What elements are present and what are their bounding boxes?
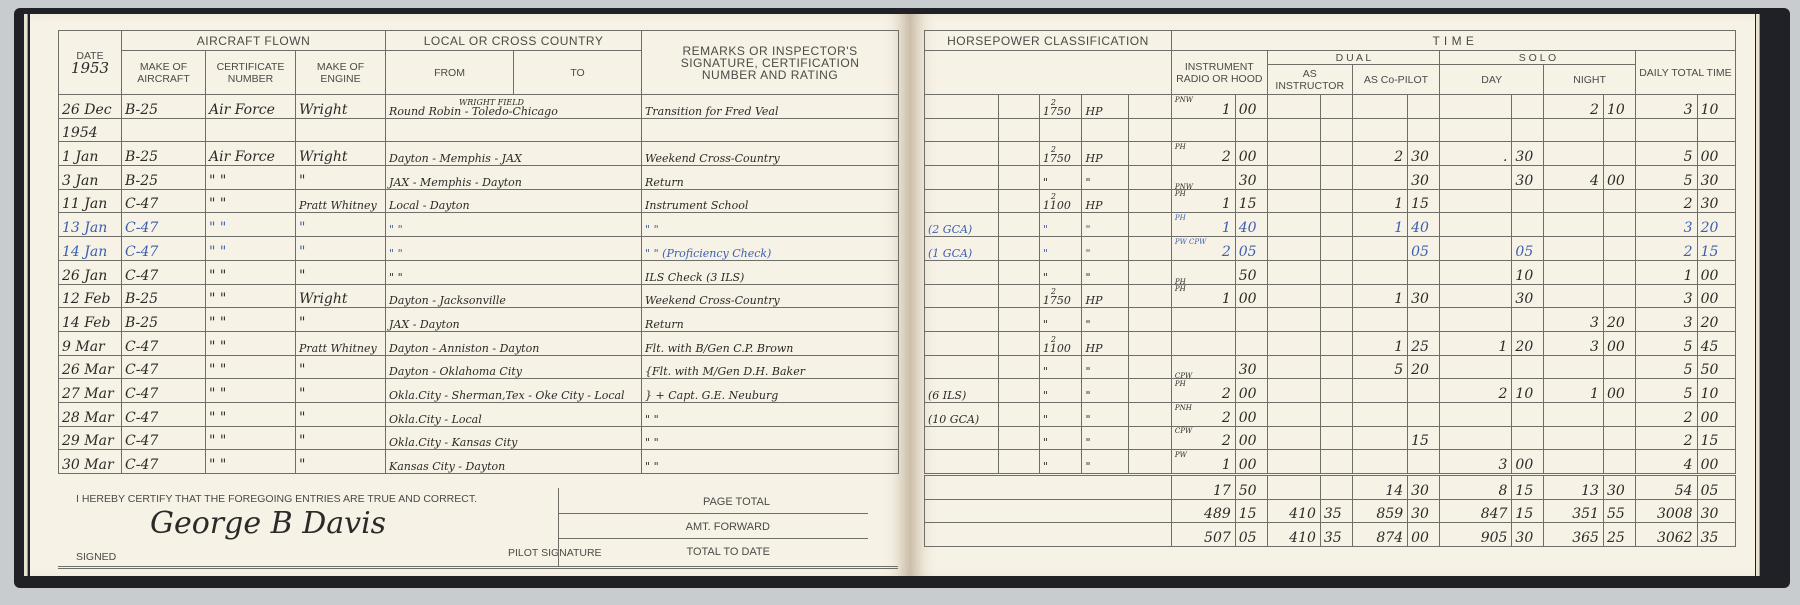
instrument-minutes-cell: 40 [1235,213,1267,237]
solo-day-hours-cell [1440,308,1512,332]
hp-unit-cell: " [1082,213,1129,237]
daily-total-hours-cell: 3 [1635,308,1697,332]
hp-blank-cell [999,284,1039,308]
divider [558,488,559,566]
certification-statement: I HEREBY CERTIFY THAT THE FOREGOING ENTR… [76,493,477,505]
solo-day-hours-cell: 3 [1440,450,1512,475]
route-cell: " " [386,260,642,284]
remarks-cell: " " [642,213,899,237]
date-cell: 3 Jan [59,166,122,190]
certificate-number-header: CERTIFICATE NUMBER [206,51,296,95]
hp-value: " [1043,176,1048,189]
instrument-hours: 1 [1222,291,1231,307]
table-row: 26 MarC-47" ""Dayton - Oklahoma City{Flt… [59,355,899,379]
table-row: 29 MarC-47" ""Okla.City - Kansas City" " [59,426,899,450]
aircraft-cell: C-47 [122,402,206,426]
solo-day-minutes-cell [1512,95,1544,119]
table-row: ""PNW303030400530 [925,166,1736,190]
route-cell: Local - Dayton [386,189,642,213]
copilot-minutes-cell: 40 [1408,213,1440,237]
divider [58,566,898,569]
copilot-minutes-cell: 25 [1408,331,1440,355]
instrument-header: INSTRUMENT RADIO OR HOOD [1171,51,1267,95]
hp-value: " [1043,413,1048,426]
time-header: T I M E [1171,31,1735,51]
daily-total-hours-cell: 3062 [1635,523,1697,547]
solo-night-hours-cell: 3 [1544,308,1604,332]
table-row: 1954 [59,118,899,142]
daily-total-minutes-cell: 30 [1697,166,1735,190]
certificate-cell: Air Force [206,95,296,119]
daily-total-minutes-cell: 15 [1697,237,1735,261]
date-cell: 1954 [59,118,122,142]
copilot-hours-cell [1352,237,1407,261]
instructor-minutes-cell [1320,166,1352,190]
hp-blank-cell [999,118,1039,142]
solo-night-minutes-cell [1603,284,1635,308]
to-header: TO [514,51,642,95]
solo-day-hours-cell: . [1440,142,1512,166]
route-text: " " [389,223,403,236]
table-row: 12 FebB-25" "WrightDayton - Jacksonville… [59,284,899,308]
engine-cell: " [296,166,386,190]
aircraft-cell: C-47 [122,213,206,237]
solo-day-hours-cell [1440,237,1512,261]
daily-total-hours-cell: 2 [1635,237,1697,261]
instrument-hours: 1 [1222,196,1231,212]
page-edge [1756,14,1760,576]
remarks-cell: Weekend Cross-Country [642,284,899,308]
hp-blank-cell [1129,284,1172,308]
solo-night-hours-cell: 365 [1544,523,1604,547]
table-row: 9 MarC-47" "Pratt WhitneyDayton - Annist… [59,331,899,355]
solo-night-hours-cell: 4 [1544,166,1604,190]
copilot-minutes-cell: 15 [1408,426,1440,450]
instructor-minutes-cell [1320,402,1352,426]
instructor-minutes-cell [1320,118,1352,142]
solo-night-minutes-cell: 00 [1603,331,1635,355]
certificate-cell: " " [206,284,296,308]
solo-night-hours-cell [1544,284,1604,308]
from-header: FROM [386,51,514,95]
instrument-minutes-cell: 15 [1235,189,1267,213]
copilot-minutes-cell: 30 [1408,284,1440,308]
date-cell: 26 Jan [59,260,122,284]
solo-day-minutes-cell [1512,213,1544,237]
solo-night-minutes-cell [1603,118,1635,142]
route-cell: " " [386,213,642,237]
year-1953: 1953 [71,59,109,77]
copilot-hours-cell [1352,450,1407,475]
remarks-cell [642,118,899,142]
solo-night-minutes-cell: 25 [1603,523,1635,547]
route-text: Dayton - Jacksonville [389,294,506,307]
solo-day-minutes-cell: 05 [1512,237,1544,261]
solo-day-minutes-cell [1512,189,1544,213]
aircraft-cell: C-47 [122,426,206,450]
solo-day-minutes-cell: 30 [1512,284,1544,308]
date-cell: 28 Mar [59,402,122,426]
instrument-minutes-cell: 50 [1235,260,1267,284]
route-text: Round Robin - Toledo-Chicago [389,105,558,118]
hp-unit-cell: HP [1082,331,1129,355]
engine-cell: " [296,379,386,403]
copilot-hours-cell [1352,379,1407,403]
copilot-minutes-cell [1408,95,1440,119]
engine-cell: " [296,450,386,474]
table-row: (2 GCA)""PH140140320 [925,213,1736,237]
instructor-hours-cell [1267,260,1320,284]
certificate-cell: " " [206,308,296,332]
instructor-hours-cell [1267,379,1320,403]
certificate-cell: " " [206,379,296,403]
daily-total-minutes-cell: 20 [1697,308,1735,332]
date-cell: 13 Jan [59,213,122,237]
instrument-hours: 2 [1222,410,1231,426]
instrument-hours: 507 [1204,530,1231,546]
copilot-hours-cell: 1 [1352,189,1407,213]
table-row: 1 JanB-25Air ForceWrightDayton - Memphis… [59,142,899,166]
solo-night-minutes-cell: 55 [1603,499,1635,523]
instrument-hours-cell: PW1 [1171,450,1235,475]
copilot-minutes-cell: 30 [1408,475,1440,500]
hp-blank-cell [999,142,1039,166]
hp-unit-cell [1082,118,1129,142]
copilot-minutes-cell [1408,118,1440,142]
solo-day-header: DAY [1440,65,1544,95]
instructor-minutes-cell: 35 [1320,499,1352,523]
copilot-minutes-cell: 30 [1408,499,1440,523]
instrument-minutes-cell [1235,308,1267,332]
route-text: JAX - Memphis - Dayton [389,176,522,189]
instrument-minutes-cell: 15 [1235,499,1267,523]
remarks-cell: " " [642,450,899,474]
remarks-cell: Instrument School [642,189,899,213]
table-row: 21100HPPH115115230 [925,189,1736,213]
solo-night-hours-cell [1544,402,1604,426]
hp-value-cell: 21750 [1039,95,1082,119]
certificate-cell [206,118,296,142]
instructor-minutes-cell [1320,213,1352,237]
hp-value: 1750 [1043,152,1071,165]
daily-total-minutes-cell: 05 [1697,475,1735,500]
instructor-hours-cell [1267,213,1320,237]
right-page: HORSEPOWER CLASSIFICATION T I M E INSTRU… [910,14,1755,576]
instrument-hours-cell: CPW [1171,355,1235,379]
instructor-hours-cell [1267,308,1320,332]
horsepower-subheader [925,51,1172,95]
hp-blank-cell [1129,355,1172,379]
hp-blank-cell [1129,142,1172,166]
certificate-cell: " " [206,450,296,474]
solo-day-hours-cell: 905 [1440,523,1512,547]
daily-total-minutes-cell: 10 [1697,95,1735,119]
left-page: DATE 1953 AIRCRAFT FLOWN LOCAL OR CROSS … [30,14,910,576]
instructor-hours-cell [1267,284,1320,308]
blank-cell [925,499,1172,523]
hp-value: " [1043,460,1048,473]
table-row: 21750HPPH10013030300 [925,284,1736,308]
hp-value: 1750 [1043,105,1071,118]
daily-total-hours-cell: 3 [1635,95,1697,119]
hp-note-cell [925,95,999,119]
daily-total-hours-cell [1635,118,1697,142]
daily-total-minutes-cell: 15 [1697,426,1735,450]
instructor-minutes-cell [1320,260,1352,284]
dual-header: D U A L [1267,51,1439,65]
flight-log-right-table: HORSEPOWER CLASSIFICATION T I M E INSTRU… [924,30,1736,547]
engine-cell: " [296,213,386,237]
daily-total-hours-cell: 5 [1635,142,1697,166]
solo-night-minutes-cell [1603,142,1635,166]
route-cell: Okla.City - Sherman,Tex - Oke City - Loc… [386,379,642,403]
engine-cell: Wright [296,142,386,166]
engine-cell: " [296,355,386,379]
table-row: ""CPW30520550 [925,355,1736,379]
route-cell: JAX - Memphis - Dayton [386,166,642,190]
solo-night-hours-cell: 2 [1544,95,1604,119]
date-cell: 26 Dec [59,95,122,119]
copilot-hours-cell: 859 [1352,499,1407,523]
solo-night-minutes-cell [1603,426,1635,450]
route-cell: " " [386,237,642,261]
route-cell: Kansas City - Dayton [386,450,642,474]
aircraft-cell: B-25 [122,166,206,190]
hp-blank-cell [999,426,1039,450]
instructor-minutes-cell [1320,475,1352,500]
hp-unit-cell: " [1082,402,1129,426]
instrument-hours-cell [1171,308,1235,332]
solo-day-hours-cell: 2 [1440,379,1512,403]
instrument-hours: 2 [1222,244,1231,260]
copilot-minutes-cell [1408,308,1440,332]
engine-cell [296,118,386,142]
instrument-minutes-cell: 00 [1235,402,1267,426]
engine-cell: " [296,260,386,284]
solo-night-header: NIGHT [1544,65,1636,95]
hp-unit-cell: " [1082,379,1129,403]
remarks-cell: Return [642,166,899,190]
aircraft-flown-header: AIRCRAFT FLOWN [122,31,386,51]
hp-blank-cell [1129,331,1172,355]
hp-value-cell: 21100 [1039,331,1082,355]
hp-blank-cell [999,95,1039,119]
instructor-minutes-cell [1320,308,1352,332]
hp-value: " [1043,318,1048,331]
hp-value: " [1043,365,1048,378]
hp-note-cell [925,118,999,142]
instructor-minutes-cell [1320,284,1352,308]
solo-day-minutes-cell [1512,426,1544,450]
daily-total-minutes-cell: 50 [1697,355,1735,379]
instrument-hours: 17 [1213,483,1231,499]
solo-night-hours-cell [1544,426,1604,450]
instrument-hours-cell: PH1 [1171,284,1235,308]
divider [558,513,868,514]
copilot-minutes-cell [1408,402,1440,426]
hp-unit-cell: HP [1082,284,1129,308]
route-text: " " [389,271,403,284]
solo-day-hours-cell [1440,260,1512,284]
blank-cell [925,523,1172,547]
engine-cell: " [296,426,386,450]
solo-night-minutes-cell: 00 [1603,379,1635,403]
route-cell: Dayton - Memphis - JAX [386,142,642,166]
aircraft-cell [122,118,206,142]
hp-value: " [1043,436,1048,449]
daily-total-hours-cell: 5 [1635,166,1697,190]
table-row: ""PW100300400 [925,450,1736,475]
instrument-minutes-cell [1235,118,1267,142]
solo-day-hours-cell [1440,355,1512,379]
route-text: Okla.City - Kansas City [389,436,517,449]
copilot-hours-cell: 5 [1352,355,1407,379]
solo-day-hours-cell [1440,189,1512,213]
engine-cell: " [296,308,386,332]
solo-day-minutes-cell: 20 [1512,331,1544,355]
hp-note-cell [925,189,999,213]
table-row: 26 DecB-25Air ForceWrightWRIGHT FIELDRou… [59,95,899,119]
date-cell: 26 Mar [59,355,122,379]
certificate-cell: " " [206,331,296,355]
instrument-hours: 489 [1204,506,1231,522]
instructor-hours-cell [1267,402,1320,426]
hp-note-cell: (1 GCA) [925,237,999,261]
table-row: ""PH5010100 [925,260,1736,284]
instrument-minutes-cell: 05 [1235,237,1267,261]
aircraft-cell: C-47 [122,237,206,261]
instructor-minutes-cell [1320,95,1352,119]
table-row: 21750HPPH200230.30500 [925,142,1736,166]
hp-unit-cell: " [1082,166,1129,190]
copilot-hours-cell: 874 [1352,523,1407,547]
hp-blank-cell [1129,426,1172,450]
aircraft-cell: B-25 [122,308,206,332]
daily-total-minutes-cell: 00 [1697,142,1735,166]
hp-value-cell: " [1039,426,1082,450]
instrument-hours-cell: PNW1 [1171,95,1235,119]
remarks-cell: Return [642,308,899,332]
solo-day-minutes-cell [1512,308,1544,332]
solo-day-hours-cell [1440,213,1512,237]
hp-note-cell [925,260,999,284]
solo-night-minutes-cell [1603,260,1635,284]
hp-value: 1100 [1043,342,1071,355]
remarks-header: REMARKS OR INSPECTOR'S SIGNATURE, CERTIF… [642,31,899,95]
solo-day-hours-cell [1440,426,1512,450]
instructor-hours-cell [1267,166,1320,190]
pilot-signature: George B Davis [150,506,386,541]
aircraft-cell: B-25 [122,95,206,119]
solo-night-hours-cell [1544,260,1604,284]
aircraft-cell: C-47 [122,331,206,355]
solo-day-minutes-cell: 15 [1512,475,1544,500]
hp-value-cell [1039,118,1082,142]
hp-blank-cell [999,379,1039,403]
solo-night-hours-cell: 13 [1544,475,1604,500]
table-row: 3 JanB-25" ""JAX - Memphis - DaytonRetur… [59,166,899,190]
solo-night-hours-cell [1544,355,1604,379]
instrument-minutes-cell: 00 [1235,426,1267,450]
solo-day-hours-cell [1440,118,1512,142]
instrument-hours: 2 [1222,149,1231,165]
hp-blank-cell [1129,166,1172,190]
certificate-cell: Air Force [206,142,296,166]
instrument-minutes-cell: 05 [1235,523,1267,547]
table-row: 28 MarC-47" ""Okla.City - Local" " [59,402,899,426]
solo-night-minutes-cell: 30 [1603,475,1635,500]
hp-unit-cell: " [1082,450,1129,475]
route-cell: WRIGHT FIELDRound Robin - Toledo-Chicago [386,95,642,119]
daily-total-hours-cell: 5 [1635,379,1697,403]
table-row: (10 GCA)""PNH200200 [925,402,1736,426]
amt-forward-label: AMT. FORWARD [570,521,770,533]
certificate-cell: " " [206,402,296,426]
daily-total-minutes-cell: 45 [1697,331,1735,355]
instrument-hours-cell: 507 [1171,523,1235,547]
as-copilot-header: AS Co-PILOT [1352,65,1439,95]
date-cell: 12 Feb [59,284,122,308]
solo-night-hours-cell [1544,237,1604,261]
hp-value-cell: 21100 [1039,189,1082,213]
daily-total-minutes-cell: 00 [1697,284,1735,308]
instrument-hours-cell: PH1 [1171,213,1235,237]
solo-day-minutes-cell: 30 [1512,166,1544,190]
remarks-cell: " " (Proficiency Check) [642,237,899,261]
hp-note-cell: (6 ILS) [925,379,999,403]
instrument-hours-cell [1171,331,1235,355]
hp-unit-cell: HP [1082,95,1129,119]
instructor-hours-cell [1267,118,1320,142]
blank-cell [925,475,1172,500]
certificate-cell: " " [206,355,296,379]
instructor-minutes-cell [1320,189,1352,213]
daily-total-hours-cell: 1 [1635,260,1697,284]
certificate-cell: " " [206,166,296,190]
copilot-hours-cell [1352,260,1407,284]
instrument-minutes-cell [1235,331,1267,355]
instrument-minutes-cell: 00 [1235,142,1267,166]
copilot-hours-cell: 1 [1352,331,1407,355]
route-text: Kansas City - Dayton [389,460,505,473]
table-row: 21100HP125120300545 [925,331,1736,355]
totals-row: 1750143081513305405 [925,475,1736,500]
aircraft-cell: B-25 [122,142,206,166]
horsepower-classification-header: HORSEPOWER CLASSIFICATION [925,31,1172,51]
hp-value-cell: " [1039,355,1082,379]
page-total-label: PAGE TOTAL [570,496,770,508]
date-cell: 9 Mar [59,331,122,355]
remarks-cell: Weekend Cross-Country [642,142,899,166]
solo-night-hours-cell [1544,189,1604,213]
hp-blank-cell [1129,402,1172,426]
hp-blank-cell [1129,260,1172,284]
instructor-hours-cell [1267,426,1320,450]
make-of-engine-header: MAKE OF ENGINE [296,51,386,95]
daily-total-hours-cell: 2 [1635,189,1697,213]
instrument-minutes-cell: 30 [1235,166,1267,190]
instructor-minutes-cell [1320,331,1352,355]
solo-day-minutes-cell: 00 [1512,450,1544,475]
instrument-minutes-cell: 00 [1235,450,1267,475]
copilot-hours-cell [1352,95,1407,119]
daily-total-minutes-cell: 30 [1697,499,1735,523]
hp-blank-cell [1129,450,1172,475]
hp-note-cell [925,450,999,475]
totals-row: 5070541035874009053036525306235 [925,523,1736,547]
route-cell: Okla.City - Local [386,402,642,426]
daily-total-hours-cell: 54 [1635,475,1697,500]
